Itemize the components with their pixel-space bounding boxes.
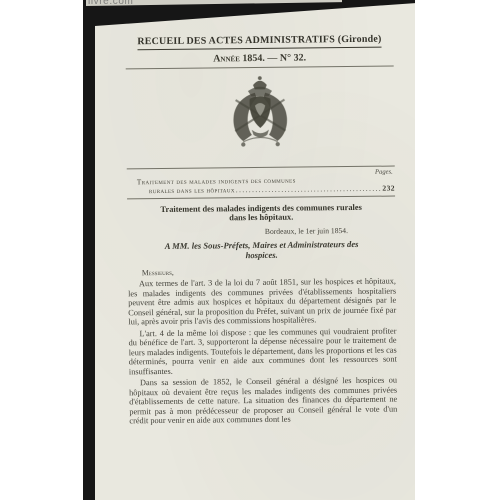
toc-bottom-rule: [127, 196, 395, 200]
toc-entry: Traitement des malades indigents des com…: [127, 176, 395, 196]
toc-page-number: 232: [382, 184, 395, 193]
masthead: RECUEIL DES ACTES ADMINISTRATIFS (Girond…: [125, 29, 393, 70]
page-content: RECUEIL DES ACTES ADMINISTRATIFS (Girond…: [95, 0, 415, 427]
emblem-container: [126, 72, 395, 166]
toc-entry-text: rurales dans les hôpitaux: [149, 186, 235, 195]
masthead-divider: [126, 66, 394, 70]
article-salutation: A MM. les Sous-Préfets, Maires et Admini…: [156, 239, 368, 261]
toc-dot-leader: ........................................…: [236, 185, 382, 195]
article-dateline: Bordeaux, le 1er juin 1854.: [217, 226, 395, 237]
article-paragraph: Aux termes de l'art. 3 de la loi du 7 ao…: [128, 277, 396, 327]
publication-title: RECUEIL DES ACTES ADMINISTRATIFS (Girond…: [137, 34, 381, 51]
imperial-coat-of-arms-icon: [217, 73, 304, 160]
issue-line: Année 1854. — N° 32.: [126, 52, 394, 66]
watermark-text: livre.com: [88, 0, 133, 7]
article-paragraph: Dans sa session de 1852, le Conseil géné…: [129, 376, 397, 426]
article-paragraph: L'art. 4 de la même loi dispose : que le…: [128, 326, 396, 376]
document-page: RECUEIL DES ACTES ADMINISTRATIFS (Girond…: [95, 0, 415, 500]
article-greeting: Messieurs,: [142, 266, 396, 278]
listing-photo-background: livre.com RECUEIL DES ACTES ADMINISTRATI…: [0, 0, 500, 500]
article-heading: Traitement des malades indigents des com…: [157, 203, 365, 223]
book-photo: livre.com RECUEIL DES ACTES ADMINISTRATI…: [83, 0, 415, 500]
